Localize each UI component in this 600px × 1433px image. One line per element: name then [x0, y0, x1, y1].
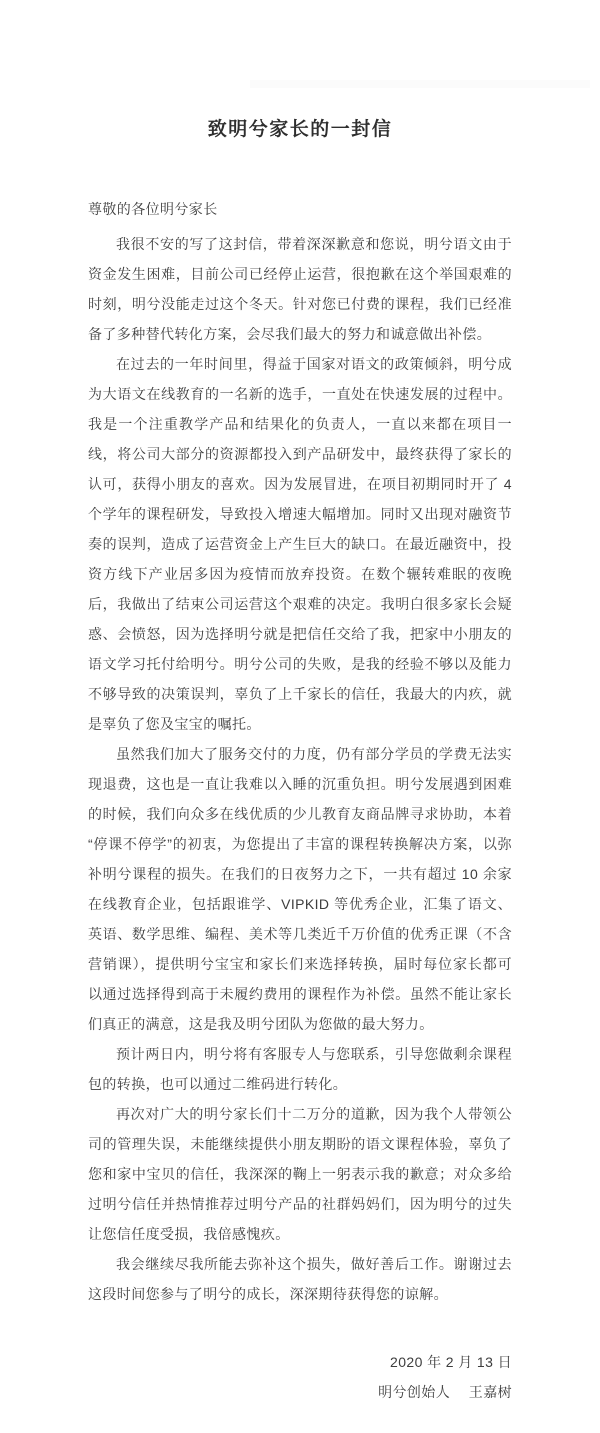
letter-paragraph: 再次对广大的明兮家长们十二万分的道歉，因为我个人带领公司的管理失误，未能继续提供… — [88, 1099, 512, 1249]
letter-paragraph: 预计两日内，明兮将有客服专人与您联系，引导您做剩余课程包的转换，也可以通过二维码… — [88, 1039, 512, 1099]
letter-body: 我很不安的写了这封信，带着深深歉意和您说，明兮语文由于资金发生困难，目前公司已经… — [88, 229, 512, 1309]
letter-paragraph: 在过去的一年时间里，得益于国家对语文的政策倾斜，明兮成为大语文在线教育的一名新的… — [88, 349, 512, 739]
letter-title: 致明兮家长的一封信 — [88, 116, 512, 144]
letter-paragraph: 虽然我们加大了服务交付的力度，仍有部分学员的学费无法实现退费，这也是一直让我难以… — [88, 739, 512, 1039]
letter-paragraph: 我会继续尽我所能去弥补这个损失，做好善后工作。谢谢过去这段时间您参与了明兮的成长… — [88, 1249, 512, 1309]
letter-container: 致明兮家长的一封信 尊敬的各位明兮家长 我很不安的写了这封信，带着深深歉意和您说… — [88, 116, 512, 1407]
letter-closing: 2020 年 2 月 13 日 明兮创始人 王嘉树 — [88, 1347, 512, 1407]
letter-page: 致明兮家长的一封信 尊敬的各位明兮家长 我很不安的写了这封信，带着深深歉意和您说… — [0, 0, 600, 1433]
letter-date: 2020 年 2 月 13 日 — [88, 1347, 512, 1377]
letter-salutation: 尊敬的各位明兮家长 — [88, 194, 512, 224]
scan-artifact — [250, 80, 590, 88]
letter-paragraph: 我很不安的写了这封信，带着深深歉意和您说，明兮语文由于资金发生困难，目前公司已经… — [88, 229, 512, 349]
letter-signature: 明兮创始人 王嘉树 — [88, 1377, 512, 1407]
